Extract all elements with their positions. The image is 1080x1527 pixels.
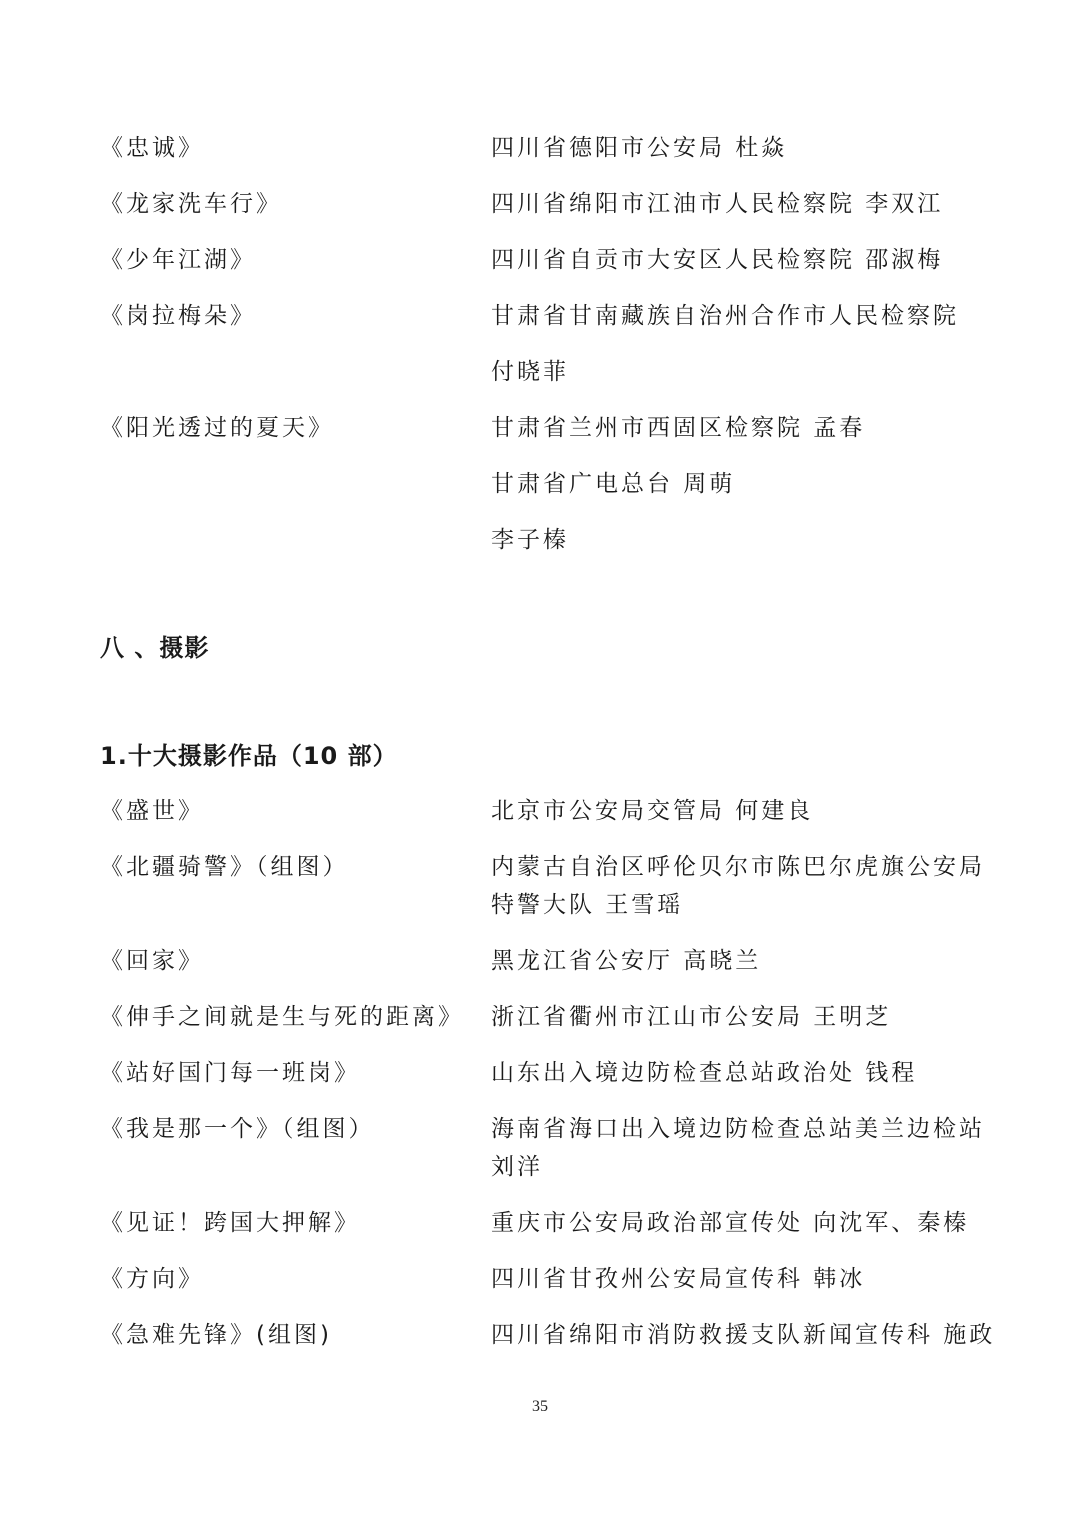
work-author: 付晓菲 [491, 357, 569, 387]
work-author: 山东出入境边防检查总站政治处 钱程 [491, 1058, 917, 1088]
work-title: 《岗拉梅朵》 [100, 301, 256, 331]
work-author: 四川省绵阳市消防救援支队新闻宣传科 施政 [491, 1320, 995, 1350]
work-author: 黑龙江省公安厅 高晓兰 [491, 946, 761, 976]
work-author: 重庆市公安局政治部宣传处 向沈军、秦榛 [491, 1208, 969, 1238]
work-title: 《急难先锋》(组图) [100, 1320, 332, 1350]
work-author: 刘洋 [491, 1152, 543, 1182]
work-author: 李子榛 [491, 525, 569, 555]
section-heading: 八 、摄影 [100, 632, 209, 664]
work-author: 浙江省衢州市江山市公安局 王明芝 [491, 1002, 891, 1032]
work-author: 四川省自贡市大安区人民检察院 邵淑梅 [491, 245, 943, 275]
work-title: 《阳光透过的夏天》 [100, 413, 334, 443]
work-author: 甘肃省甘南藏族自治州合作市人民检察院 [491, 301, 959, 331]
work-author: 四川省甘孜州公安局宣传科 韩冰 [491, 1264, 865, 1294]
work-title: 《见证！跨国大押解》 [100, 1208, 360, 1238]
work-author: 特警大队 王雪瑶 [491, 890, 683, 920]
work-author: 甘肃省广电总台 周萌 [491, 469, 735, 499]
subsection-heading: 1.十大摄影作品（10 部） [100, 740, 398, 772]
work-title: 《回家》 [100, 946, 204, 976]
work-title: 《站好国门每一班岗》 [100, 1058, 360, 1088]
work-author: 北京市公安局交管局 何建良 [491, 796, 813, 826]
work-title: 《方向》 [100, 1264, 204, 1294]
work-author: 四川省德阳市公安局 杜焱 [491, 133, 787, 163]
work-title: 《我是那一个》（组图） [100, 1114, 375, 1144]
work-author: 海南省海口出入境边防检查总站美兰边检站 [491, 1114, 985, 1144]
work-title: 《少年江湖》 [100, 245, 256, 275]
work-author: 内蒙古自治区呼伦贝尔市陈巴尔虎旗公安局 [491, 852, 985, 882]
work-author: 四川省绵阳市江油市人民检察院 李双江 [491, 189, 943, 219]
work-title: 《龙家洗车行》 [100, 189, 282, 219]
page-number: 35 [0, 1398, 1080, 1416]
work-author: 甘肃省兰州市西固区检察院 孟春 [491, 413, 865, 443]
work-title: 《盛世》 [100, 796, 204, 826]
work-title: 《伸手之间就是生与死的距离》 [100, 1002, 464, 1032]
work-title: 《忠诚》 [100, 133, 204, 163]
work-title: 《北疆骑警》（组图） [100, 852, 349, 882]
